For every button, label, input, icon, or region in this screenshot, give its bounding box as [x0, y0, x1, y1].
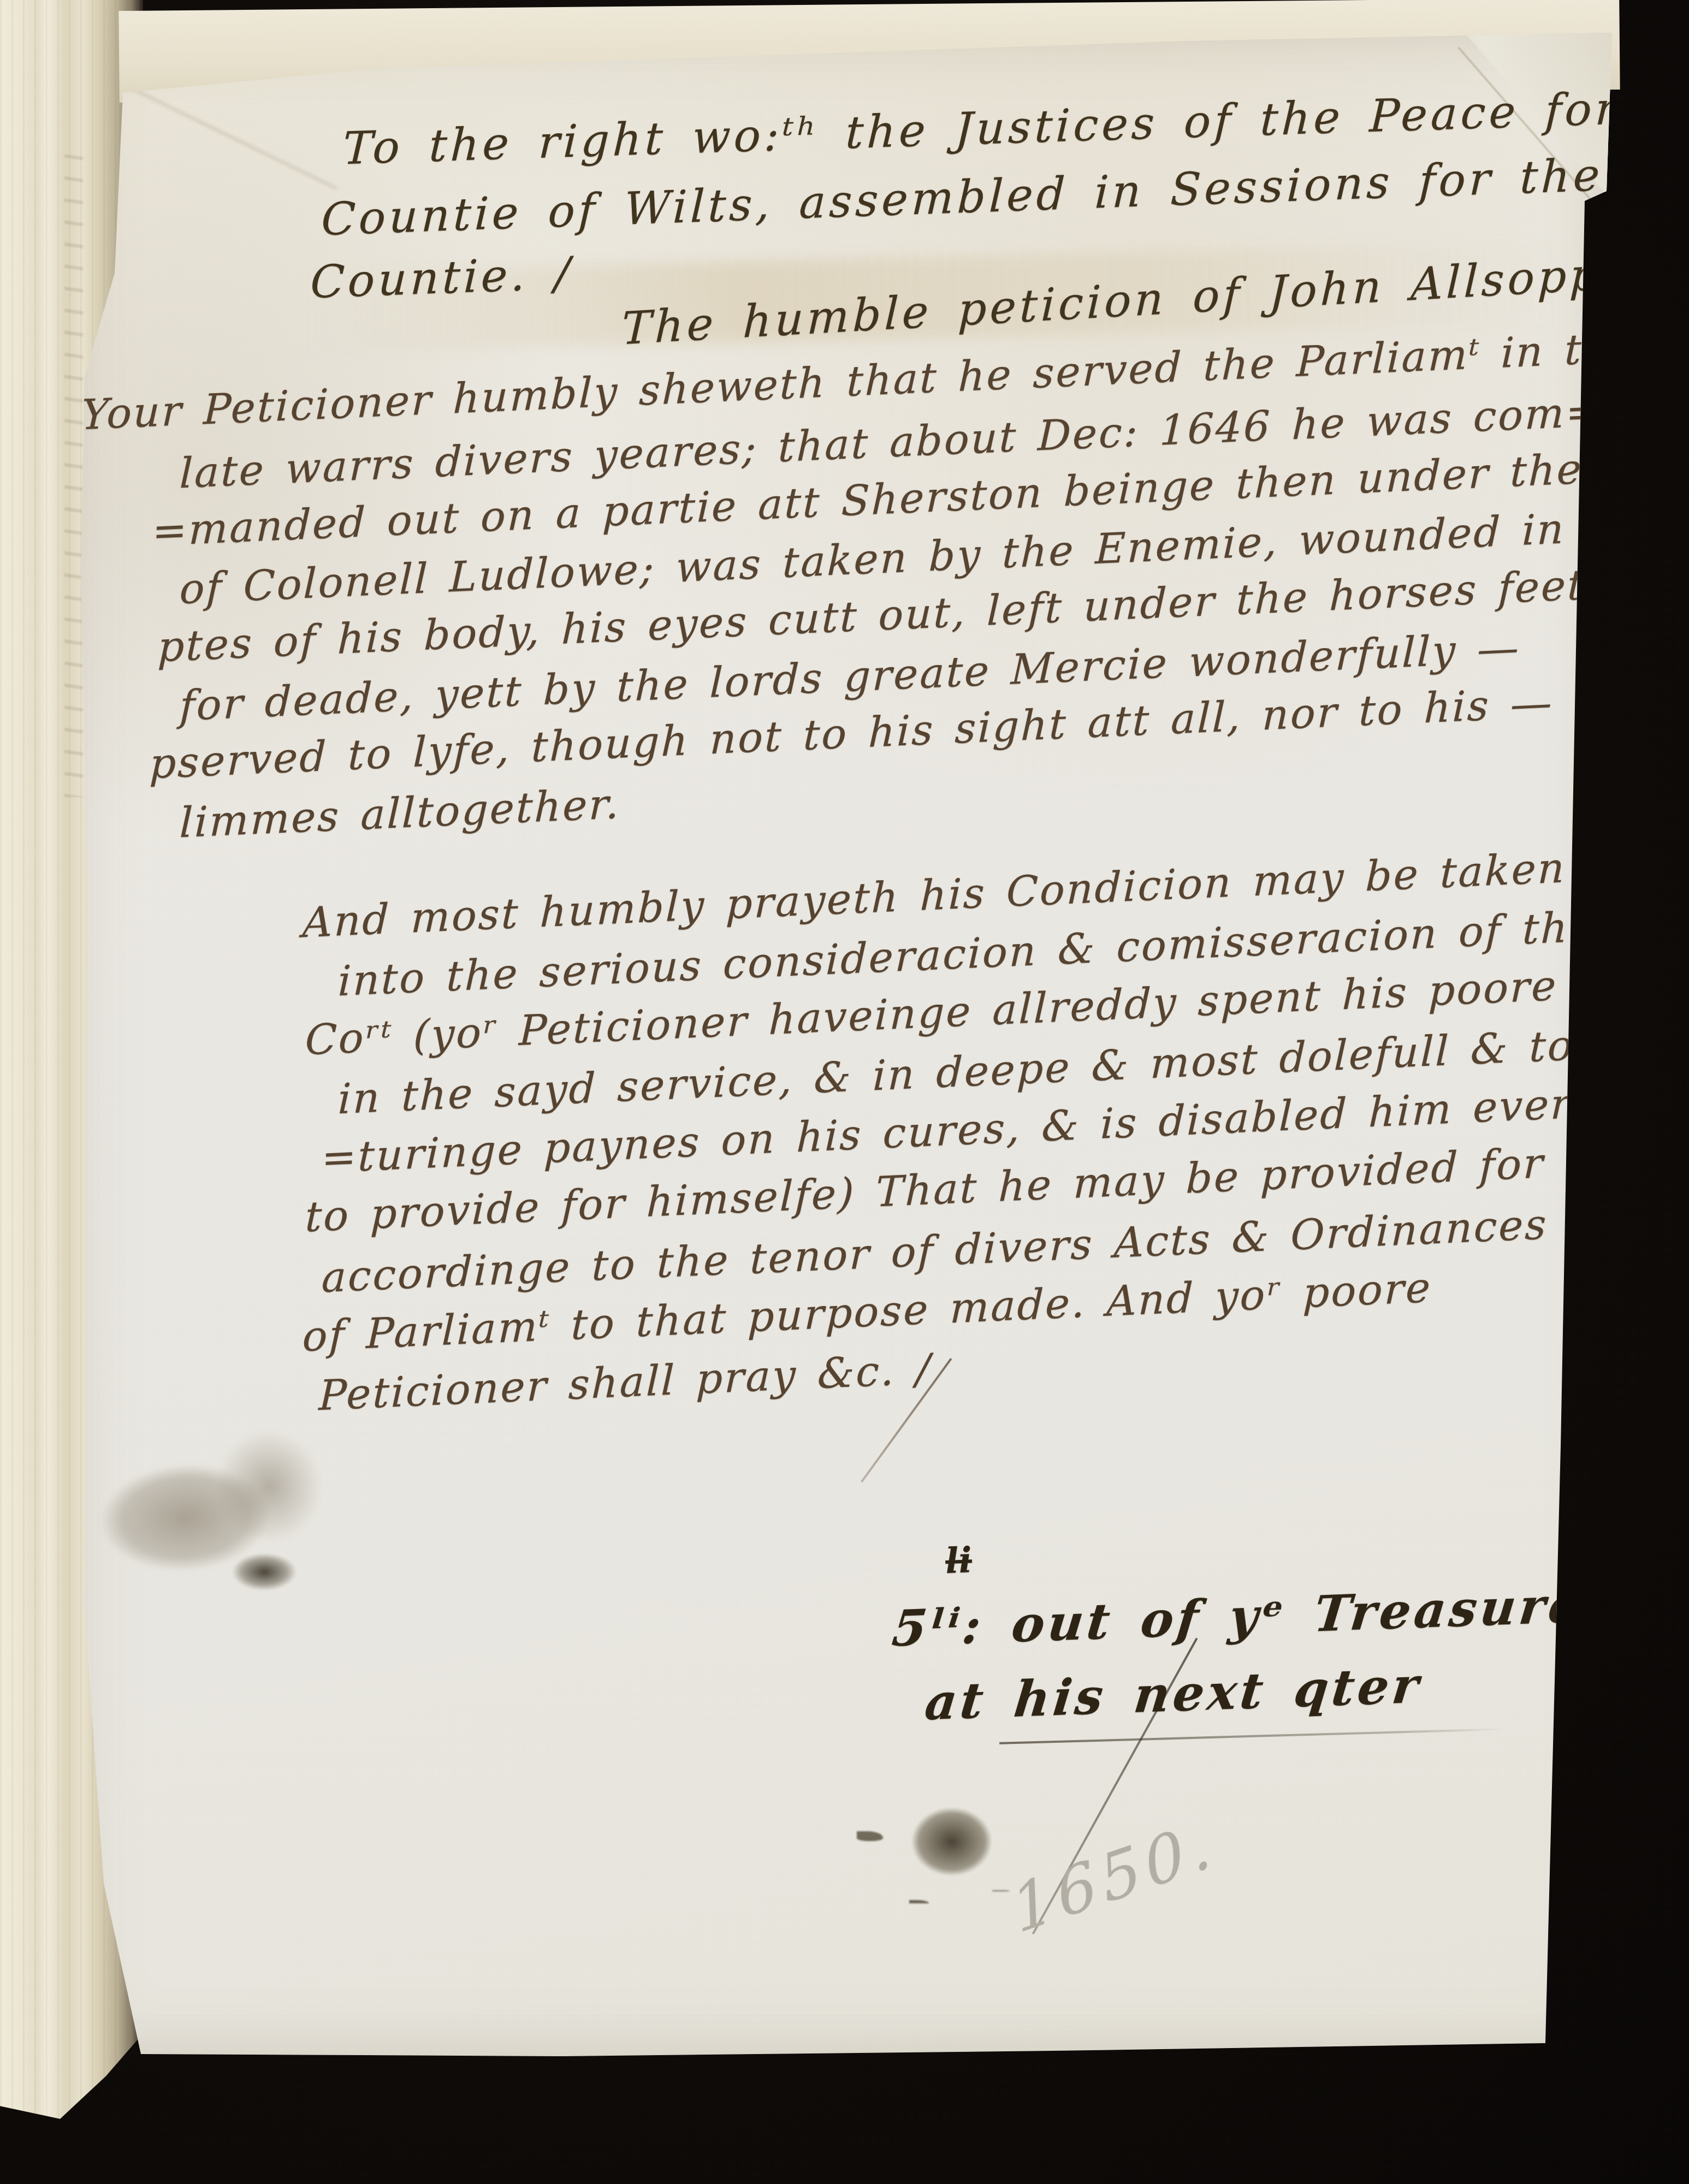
body-line: limmes alltogether. — [179, 779, 621, 847]
ink-blot — [897, 1795, 1006, 1888]
ink-smudge — [84, 1414, 334, 1611]
page-edge-speckle — [64, 142, 83, 797]
petition-paper: To the right wo:ᵗʰ the Justices of the P… — [71, 27, 1616, 2058]
endorsement-line: 5ˡⁱ: out of yᵉ Treasurer — [890, 1575, 1615, 1658]
ink-smudge-blob — [232, 1553, 297, 1590]
pound-abbreviation-mark: li — [945, 1540, 973, 1582]
pencil-year-annotation: 1650. — [1005, 1805, 1222, 1948]
endorsement-line: at his next qter — [922, 1656, 1425, 1731]
crease-line — [105, 75, 337, 189]
heading-line: Countie. / — [310, 247, 574, 308]
photograph-background: To the right wo:ᵗʰ the Justices of the P… — [0, 0, 1689, 2184]
endorsement-underline — [999, 1728, 1502, 1744]
